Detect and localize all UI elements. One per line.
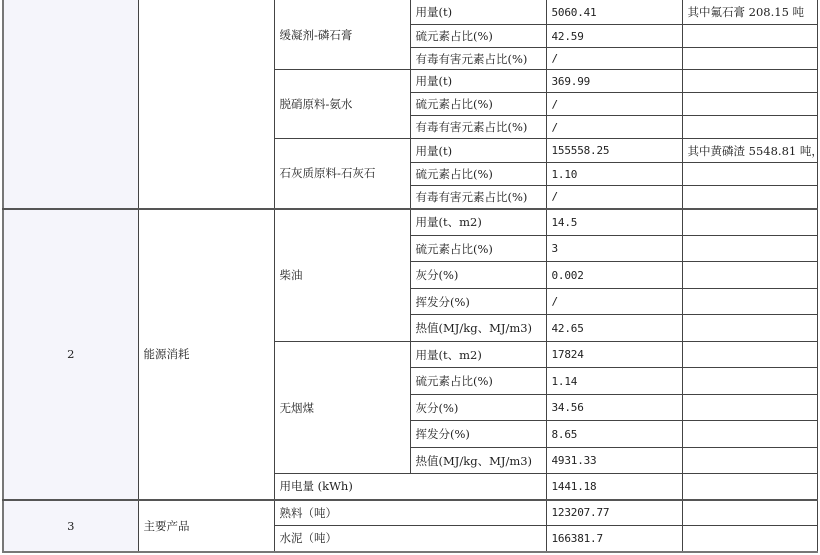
material-name: 缓凝剂-磷石膏 [274, 0, 410, 70]
product-label: 水泥（吨） [274, 526, 546, 552]
param-value: 8.65 [546, 421, 682, 448]
param-label: 硫元素占比(%) [410, 236, 546, 262]
param-note [682, 368, 817, 395]
materials-energy-table: 缓凝剂-磷石膏 用量(t) 5060.41 其中氟石膏 208.15 吨 硫元素… [2, 0, 818, 553]
product-value: 123207.77 [546, 500, 682, 526]
param-label: 热值(MJ/kg、MJ/m3) [410, 448, 546, 474]
param-note [682, 236, 817, 262]
param-note [682, 421, 817, 448]
param-value: 1.10 [546, 163, 682, 186]
param-value: / [546, 93, 682, 116]
category-cell: 主要产品 [138, 500, 274, 552]
param-value: 42.59 [546, 25, 682, 48]
fuel-name: 无烟煤 [274, 342, 410, 474]
param-value: / [546, 48, 682, 70]
param-label: 有毒有害元素占比(%) [410, 116, 546, 139]
table-row: 3 主要产品 熟料（吨） 123207.77 [3, 500, 817, 526]
param-note: 其中氟石膏 208.15 吨 [682, 0, 817, 25]
param-note [682, 342, 817, 368]
param-value: 369.99 [546, 70, 682, 93]
category-cell: 能源消耗 [138, 209, 274, 500]
material-name: 脱硝原料-氨水 [274, 70, 410, 139]
param-note [682, 395, 817, 421]
param-value: 5060.41 [546, 0, 682, 25]
param-value: 4931.33 [546, 448, 682, 474]
param-value: 3 [546, 236, 682, 262]
index-cell [3, 0, 138, 209]
product-value: 166381.7 [546, 526, 682, 552]
fuel-name: 柴油 [274, 209, 410, 342]
param-value: 34.56 [546, 395, 682, 421]
param-value: / [546, 289, 682, 315]
product-note [682, 526, 817, 552]
param-label: 灰分(%) [410, 262, 546, 289]
index-cell: 2 [3, 209, 138, 500]
param-value: / [546, 186, 682, 209]
table-row: 2 能源消耗 柴油 用量(t、m2) 14.5 [3, 209, 817, 236]
electricity-value: 1441.18 [546, 474, 682, 500]
param-label: 挥发分(%) [410, 289, 546, 315]
param-note [682, 93, 817, 116]
param-label: 硫元素占比(%) [410, 25, 546, 48]
param-value: 42.65 [546, 315, 682, 342]
param-note [682, 163, 817, 186]
param-note [682, 116, 817, 139]
param-label: 硫元素占比(%) [410, 93, 546, 116]
param-note [682, 315, 817, 342]
index-cell: 3 [3, 500, 138, 552]
material-name: 石灰质原料-石灰石 [274, 139, 410, 209]
param-note [682, 289, 817, 315]
table-row: 缓凝剂-磷石膏 用量(t) 5060.41 其中氟石膏 208.15 吨 [3, 0, 817, 25]
param-note [682, 448, 817, 474]
electricity-label: 用电量 (kWh) [274, 474, 546, 500]
product-label: 熟料（吨） [274, 500, 546, 526]
param-label: 用量(t、m2) [410, 209, 546, 236]
param-value: 155558.25 [546, 139, 682, 163]
param-label: 用量(t) [410, 139, 546, 163]
param-label: 有毒有害元素占比(%) [410, 186, 546, 209]
param-value: 14.5 [546, 209, 682, 236]
category-cell [138, 0, 274, 209]
param-note: 其中黄磷渣 5548.81 吨， [682, 139, 817, 163]
param-note [682, 209, 817, 236]
param-label: 挥发分(%) [410, 421, 546, 448]
param-note [682, 262, 817, 289]
param-label: 灰分(%) [410, 395, 546, 421]
electricity-note [682, 474, 817, 500]
param-label: 用量(t) [410, 0, 546, 25]
param-value: 17824 [546, 342, 682, 368]
param-note [682, 70, 817, 93]
param-note [682, 186, 817, 209]
param-label: 用量(t、m2) [410, 342, 546, 368]
param-label: 热值(MJ/kg、MJ/m3) [410, 315, 546, 342]
param-value: 1.14 [546, 368, 682, 395]
param-value: / [546, 116, 682, 139]
param-note [682, 48, 817, 70]
param-label: 硫元素占比(%) [410, 163, 546, 186]
param-value: 0.002 [546, 262, 682, 289]
product-note [682, 500, 817, 526]
param-note [682, 25, 817, 48]
param-label: 硫元素占比(%) [410, 368, 546, 395]
param-label: 用量(t) [410, 70, 546, 93]
param-label: 有毒有害元素占比(%) [410, 48, 546, 70]
